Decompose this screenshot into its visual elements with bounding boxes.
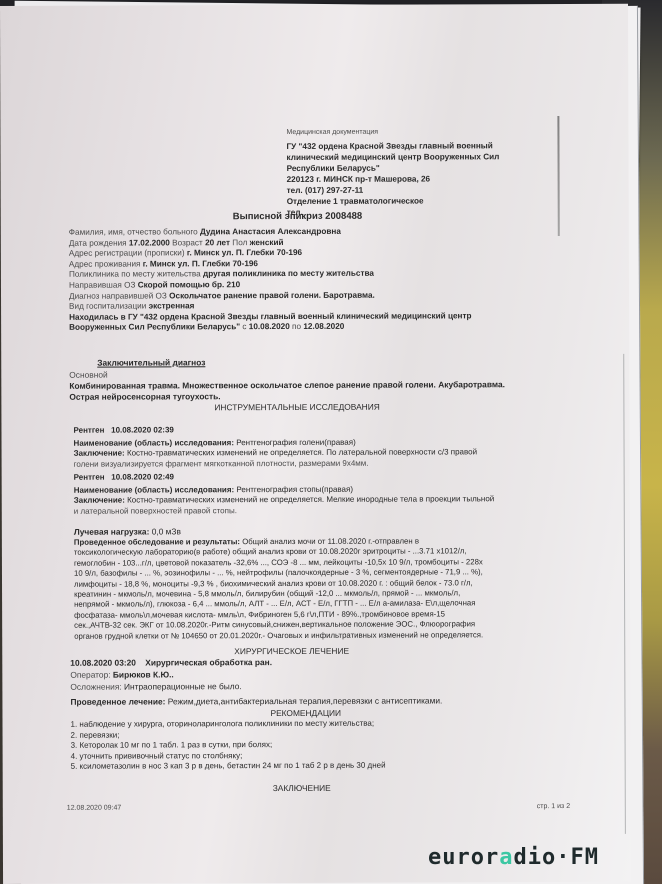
institution-line: Республики Беларусь" <box>287 162 500 174</box>
euroradio-watermark: euroradio·FM <box>428 845 599 870</box>
xray-study: Рентген 10.08.2020 02:49 Наименование (о… <box>74 471 495 516</box>
treatment-row: Проведенное лечение: Режим,диета,антибак… <box>70 695 442 707</box>
diagnosis-line: Острая нейросенсорная тугоухость. <box>69 391 220 402</box>
printer-mark <box>557 116 559 236</box>
recommendations-list: 1. наблюдение у хирурга, оториноларингол… <box>70 719 385 773</box>
recommendation-item: 1. наблюдение у хирурга, оториноларингол… <box>70 719 385 731</box>
department: Отделение 1 травматологическое <box>287 195 500 207</box>
print-timestamp: 12.08.2020 09:47 <box>67 804 122 815</box>
patient-name: Дудина Анастасия Александровна <box>200 227 341 236</box>
surgery-row: 10.08.2020 03:20 Хирургическая обработка… <box>70 657 272 668</box>
recommendation-item: 5. ксилометазолин в нос 3 кап 3 р в день… <box>71 761 386 773</box>
operator-row: Оператор: Бирюков К.Ю.. <box>70 669 173 680</box>
complications-row: Осложнения: Интраоперационные не было. <box>70 681 241 692</box>
radiation-dose: 0,0 мЗв <box>152 526 181 536</box>
surgical-heading: ХИРУРГИЧЕСКОЕ ЛЕЧЕНИЕ <box>234 646 349 657</box>
discharge-document-page: Медицинская документация ГУ "432 ордена … <box>0 4 631 884</box>
xray-study: Рентген 10.08.2020 02:39 Наименование (о… <box>73 424 477 469</box>
page-edge <box>623 354 626 834</box>
doc-type: Медицинская документация <box>286 126 499 138</box>
patient-sex: женский <box>250 238 284 247</box>
patient-age: 20 <box>205 238 214 247</box>
stay-from: 10.08.2020 <box>249 322 290 331</box>
main-diagnosis-label: Основной <box>69 370 107 381</box>
radiation-dose-row: Лучевая нагрузка: 0,0 мЗв <box>74 526 181 537</box>
diagnosis-line: Комбинированная травма. Множественное ос… <box>69 379 505 391</box>
operator-name: Бирюков К.Ю.. <box>113 669 174 679</box>
final-diagnosis-heading: Заключительный диагноз <box>97 357 205 368</box>
examination-results: Проведенное обследование и результаты: О… <box>74 536 483 641</box>
conclusion-heading: ЗАКЛЮЧЕНИЕ <box>273 783 331 794</box>
institution-header: Медицинская документация ГУ "432 ордена … <box>286 126 499 218</box>
institution-line: ГУ "432 ордена Красной Звезды главный во… <box>286 140 499 152</box>
institution-address: 220123 г. МИНСК пр-т Машерова, 26 <box>287 173 500 185</box>
document-title: Выписной эпикриз 2008488 <box>233 211 362 222</box>
patient-dob: 17.02.2000 <box>129 238 170 247</box>
stay-dates-row: Вооруженных Сил Республики Беларусь" с 1… <box>69 322 471 334</box>
stay-to: 12.08.2020 <box>303 322 344 331</box>
instrumental-heading: ИНСТРУМЕНТАЛЬНЫЕ ИССЛЕДОВАНИЯ <box>214 402 379 413</box>
institution-phone: тел. (017) 297-27-11 <box>287 184 500 196</box>
recommendations-heading: РЕКОМЕНДАЦИИ <box>270 708 341 719</box>
page-number: стр. 1 из 2 <box>537 802 570 813</box>
patient-info: Фамилия, имя, отчество больного Дудина А… <box>69 226 472 333</box>
institution-line: клинический медицинский центр Вооруженны… <box>287 151 500 163</box>
